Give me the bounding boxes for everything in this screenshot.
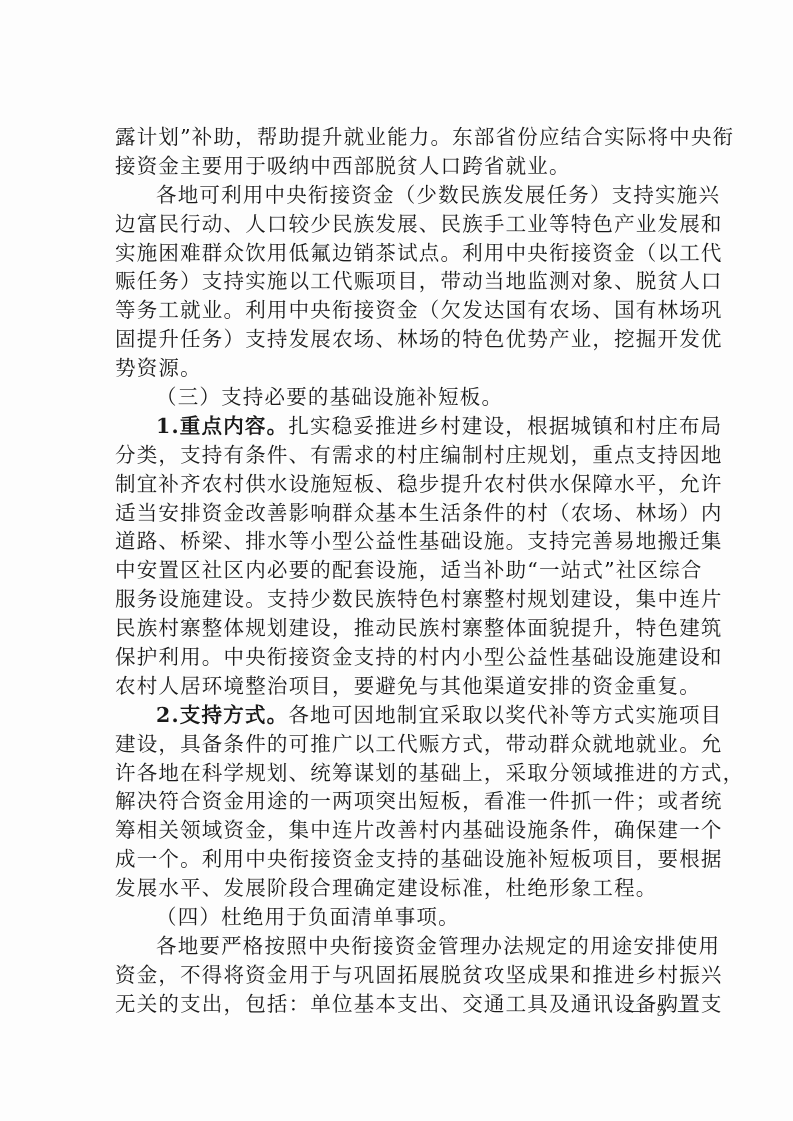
text-line: 解决符合资金用途的一两项突出短板，看准一件抓一件；或者统 (115, 787, 695, 816)
subheading-support-method: 2.支持方式。 (156, 703, 288, 727)
document-body: 露计划”补助，帮助提升就业能力。东部省份应结合实际将中央衔 接资金主要用于吸纳中… (115, 123, 695, 1019)
text-line: 2.支持方式。各地可因地制宜采取以奖代补等方式实施项目 (115, 701, 695, 730)
text-line: 势资源。 (115, 354, 695, 383)
section-heading-4: （四）杜绝用于负面清单事项。 (115, 903, 695, 932)
text-line: 边富民行动、人口较少民族发展、民族手工业等特色产业发展和 (115, 210, 695, 239)
text-line: 成一个。利用中央衔接资金支持的基础设施补短板项目，要根据 (115, 845, 695, 874)
text-line: 等务工就业。利用中央衔接资金（欠发达国有农场、国有林场巩 (115, 296, 695, 325)
document-page: 露计划”补助，帮助提升就业能力。东部省份应结合实际将中央衔 接资金主要用于吸纳中… (0, 0, 793, 1121)
section-heading-3: （三）支持必要的基础设施补短板。 (115, 383, 695, 412)
text-line: 发展水平、发展阶段合理确定建设标准，杜绝形象工程。 (115, 874, 695, 903)
text-line: 无关的支出，包括：单位基本支出、交通工具及通讯设备购置支 (115, 990, 695, 1019)
text-line: 赈任务）支持实施以工代赈项目，带动当地监测对象、脱贫人口 (115, 267, 695, 296)
text-line: 服务设施建设。支持少数民族特色村寨整村规划建设，集中连片 (115, 585, 695, 614)
text-span: 扎实稳妥推进乡村建设，根据城镇和村庄布局 (288, 414, 722, 438)
text-line: 各地要严格按照中央衔接资金管理办法规定的用途安排使用 (115, 932, 695, 961)
text-line: 接资金主要用于吸纳中西部脱贫人口跨省就业。 (115, 152, 695, 181)
text-line: 各地可利用中央衔接资金（少数民族发展任务）支持实施兴 (115, 181, 695, 210)
text-line: 固提升任务）支持发展农场、林场的特色优势产业，挖掘开发优 (115, 325, 695, 354)
text-line: 保护利用。中央衔接资金支持的村内小型公益性基础设施建设和 (115, 643, 695, 672)
subheading-key-content: 1.重点内容。 (156, 414, 288, 438)
text-line: 许各地在科学规划、统筹谋划的基础上，采取分领域推进的方式， (115, 759, 695, 788)
text-line: 分类，支持有条件、有需求的村庄编制村庄规划，重点支持因地 (115, 441, 695, 470)
text-line: 农村人居环境整治项目，要避免与其他渠道安排的资金重复。 (115, 672, 695, 701)
page-number: — 5 — (626, 1000, 700, 1021)
text-line: 资金，不得将资金用于与巩固拓展脱贫攻坚成果和推进乡村振兴 (115, 961, 695, 990)
text-line: 民族村寨整体规划建设，推动民族村寨整体面貌提升，特色建筑 (115, 614, 695, 643)
text-span: 各地可因地制宜采取以奖代补等方式实施项目 (288, 703, 722, 727)
text-line: 筹相关领域资金，集中连片改善村内基础设施条件，确保建一个 (115, 816, 695, 845)
text-line: 建设，具备条件的可推广以工代赈方式，带动群众就地就业。允 (115, 730, 695, 759)
text-line: 中安置区社区内必要的配套设施，适当补助“一站式”社区综合 (115, 556, 695, 585)
text-line: 露计划”补助，帮助提升就业能力。东部省份应结合实际将中央衔 (115, 123, 695, 152)
text-line: 适当安排资金改善影响群众基本生活条件的村（农场、林场）内 (115, 499, 695, 528)
text-line: 道路、桥梁、排水等小型公益性基础设施。支持完善易地搬迁集 (115, 527, 695, 556)
text-line: 1.重点内容。扎实稳妥推进乡村建设，根据城镇和村庄布局 (115, 412, 695, 441)
text-line: 制宜补齐农村供水设施短板、稳步提升农村供水保障水平，允许 (115, 470, 695, 499)
text-line: 实施困难群众饮用低氟边销茶试点。利用中央衔接资金（以工代 (115, 239, 695, 268)
